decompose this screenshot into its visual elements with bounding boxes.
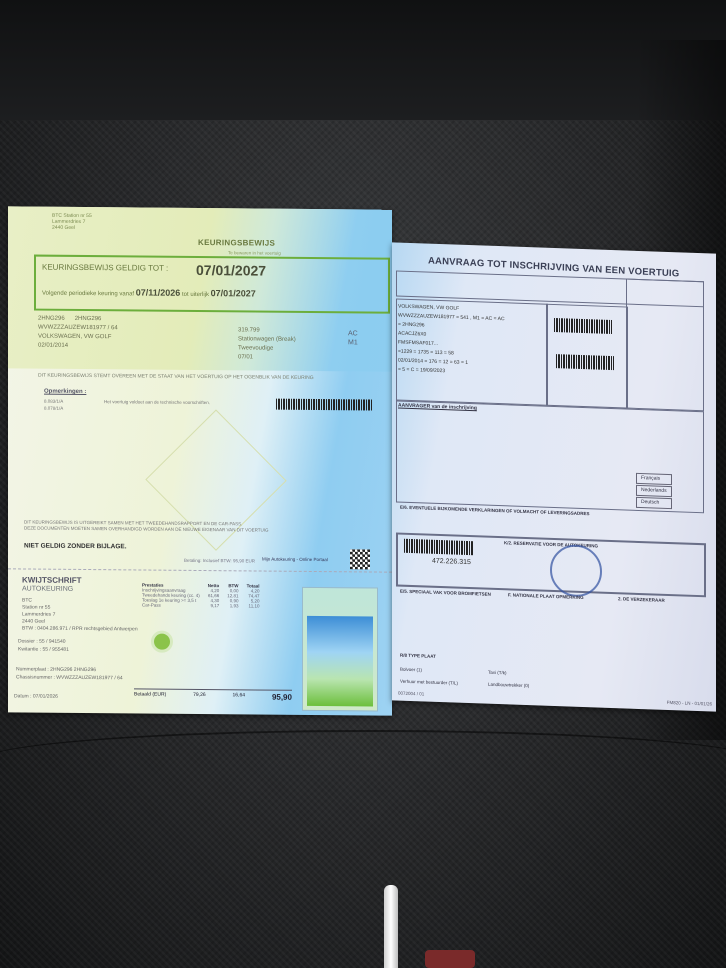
receipt-vehicle: Nummerplaat : 2HNG296 2HNG296 Chassisnum… [16,665,123,682]
table-cell: Car-Pass [138,602,204,608]
seat-buckle [425,950,475,968]
paid-total: 95,90 [272,693,292,702]
insurer-section: 2. DE VERZEKERAAR [618,596,665,603]
next-inspection-to: 07/01/2027 [211,288,256,298]
language-dutch[interactable]: Nederlands [636,485,672,497]
qr-code [350,549,370,569]
paid-btw: 16,64 [233,692,246,701]
issuer-line: 2440 Geel [52,225,142,232]
receipt-meta: Dossier : 55 / 941540 Kwitantie : 55 / 9… [18,637,69,653]
language-french[interactable]: Français [636,473,672,485]
barcode [276,399,372,411]
address-line: BTW : 0404.286.971 / RPR rechtsgebied An… [22,625,138,633]
barcode [404,539,474,555]
plate-option[interactable]: Landbouwtrekker (0) [488,682,529,688]
language-german[interactable]: Deutsch [636,497,672,509]
logo-icon [151,631,173,653]
vehicle-lines: VOLKSWAGEN, VW GOLFWVWZZZAUZEW181977 = 5… [398,303,505,379]
barcode-number: 472.226.315 [432,558,471,566]
category: AC M1 [348,329,358,347]
table-row: Car-Pass9,171,9311,10 [138,602,263,608]
form-code: FM820 - LN - 01/01/26 [667,700,712,707]
table-cell: 1,93 [223,603,242,608]
vehicle-details: 2HNG296 2HNG296 WVWZZZAUZEW181977 / 64 V… [38,315,118,352]
remarks-label: Opmerkingen : [44,389,86,395]
next-inspection-prefix: Volgende periodieke keuring vanaf [42,291,134,298]
registration-application: AANVRAAG TOT INSCHRIJVING VAN EEN VOERTU… [392,242,716,711]
next-inspection-from: 07/11/2026 [136,287,181,297]
vehicle-details-right: 319.799 Stationwagen (Break) Tweevoudige… [238,326,296,363]
fees-table: PrestatiesNettoBTWTotaal Inschrijvingsaa… [138,582,263,608]
certificate-subtitle: Te bewaren in het voertuig [228,250,281,255]
paid-label: Betaald (EUR) [134,691,166,700]
compliance-text: Het voertuig voldoet aan de technische v… [104,398,210,406]
language-options: Français Nederlands Deutsch [636,473,672,510]
category-2: M1 [348,338,358,347]
body-type: Stationwagen (Break) [238,335,296,345]
next-inspection-mid: tot uiterlijk [182,292,209,298]
fee-line: Betaling: Inclusief BTW: 95,90 EUR [184,558,255,564]
issuer-address: BTC Station nr 55 Lammerdries 7 2440 Gee… [52,213,142,232]
checklist-box [626,279,704,412]
special-section: E/5. SPECIAAL VAK VOOR BROMFIETSEN [400,589,491,597]
vehicle-type: Tweevoudige [238,344,296,354]
barcode [554,318,612,334]
remark-code: 8.078/1/A [44,405,63,412]
portal-link: Mijn Autokeuring - Online Portaal [262,557,328,563]
next-inspection: Volgende periodieke keuring vanaf 07/11/… [42,287,256,299]
charging-cable [384,885,398,968]
plate-type-section: R/8 TYPE PLAAT [400,653,436,659]
receipt-date: Datum : 07/01/2026 [14,693,58,699]
sticker-image [307,616,373,707]
plate-option[interactable]: Verhuur met bestuurder (T/L) [400,679,458,686]
table-cell: 11,10 [243,603,264,608]
barcode [556,354,614,370]
first-registration: 02/01/2014 [38,342,118,352]
plate-option[interactable]: Bolvoer (1) [400,667,422,673]
issued-note: DIT KEURINGSBEWIJS IS UITGEREIKT SAMEN M… [24,519,269,533]
table-cell: 9,17 [204,603,224,608]
odometer: 319.799 [238,326,296,336]
form-number: 0072004 / 01 [398,691,424,697]
certificate-title: KEURINGSBEWIJS [198,238,275,248]
inspection-sticker [302,587,378,712]
plate-number-repeat: 2HNG296 [75,316,102,322]
validity-date: 07/01/2027 [196,262,266,279]
not-valid-notice: NIET GELDIG ZONDER BIJLAGE. [24,542,127,550]
receipt-title: KWIJTSCHRIFT [22,575,82,585]
receipt-subtitle: AUTOKEURING [22,585,73,592]
seat-backrest [0,0,726,120]
inspection-certificate: BTC Station nr 55 Lammerdries 7 2440 Gee… [8,206,392,715]
paid-row: Betaald (EUR) 79,26 16,64 95,90 [134,688,292,701]
chassis: Chassisnummer : WVWZZZAUZEW181977 / 64 [16,673,123,682]
remarks-codes: 8.083/1/A 8.078/1/A [44,398,63,412]
vehicle-code: 07/01 [238,353,296,363]
official-stamp [550,544,602,598]
validity-label: KEURINGSBEWIJS GELDIG TOT : [42,263,168,273]
validity-box: KEURINGSBEWIJS GELDIG TOT : 07/01/2027 V… [34,255,390,314]
category-1: AC [348,329,358,338]
receipt-address: BTC Station nr 55 Lammerdries 7 2440 Gee… [22,597,138,633]
plate-number: 2HNG296 [38,316,65,322]
statement: DIT KEURINGSBEWIJS STEMT OVEREEN MET DE … [38,373,314,381]
seat-seam [0,730,726,792]
kwitantie: Kwitantie : 55 / 955481 [18,645,69,653]
issued-note-line: DEZE DOCUMENTEN MOETEN SAMEN OVERHANDIGD… [24,525,269,533]
paid-netto: 79,26 [193,692,206,701]
plate-option[interactable]: Taxi (T/k) [488,670,507,676]
